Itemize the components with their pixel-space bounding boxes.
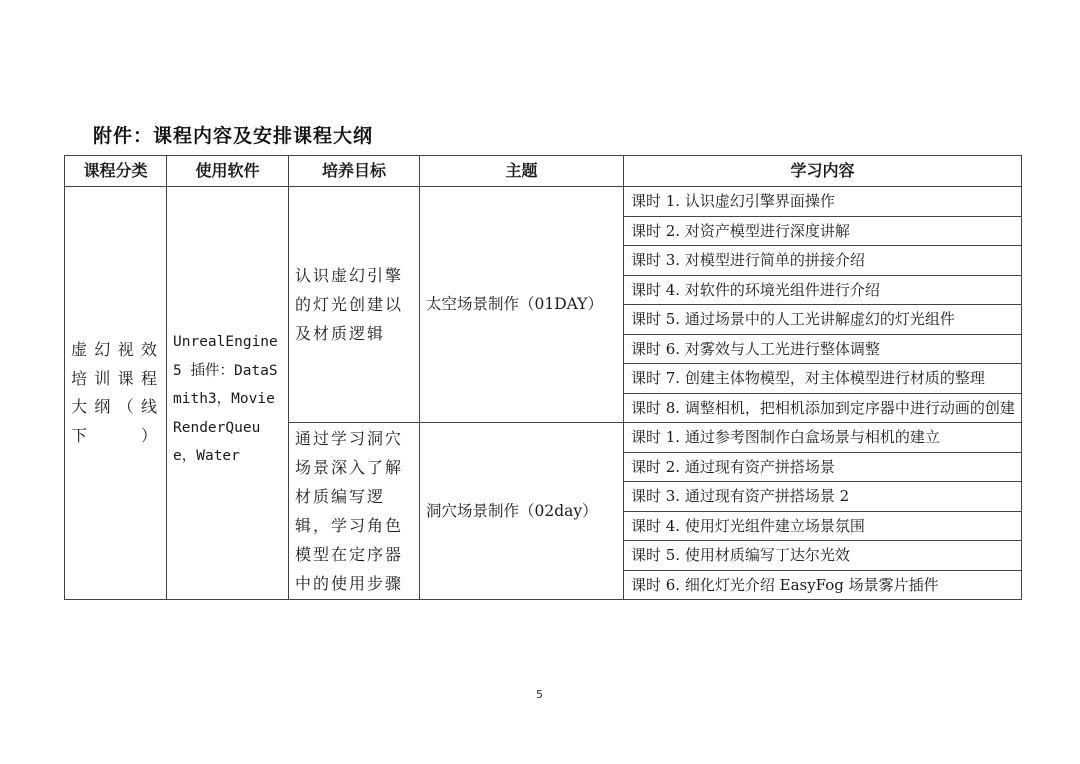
software-cell: UnrealEngine5 插件：DataSmith3，MovieRenderQ… xyxy=(167,187,289,600)
lesson-cell: 课时 7. 创建主体物模型，对主体模型进行材质的整理 xyxy=(624,364,1022,394)
header-software: 使用软件 xyxy=(167,156,289,187)
topic-cell-1: 太空场景制作（01DAY） xyxy=(420,187,624,423)
lesson-cell: 课时 5. 使用材质编写丁达尔光效 xyxy=(624,541,1022,571)
lesson-cell: 课时 8. 调整相机，把相机添加到定序器中进行动画的创建 xyxy=(624,393,1022,423)
lesson-cell: 课时 4. 对软件的环境光组件进行介绍 xyxy=(624,275,1022,305)
lesson-cell: 课时 3. 对模型进行简单的拼接介绍 xyxy=(624,246,1022,276)
header-category: 课程分类 xyxy=(65,156,167,187)
header-content: 学习内容 xyxy=(624,156,1022,187)
lesson-cell: 课时 5. 通过场景中的人工光讲解虚幻的灯光组件 xyxy=(624,305,1022,335)
lesson-cell: 课时 2. 通过现有资产拼搭场景 xyxy=(624,452,1022,482)
lesson-cell: 课时 4. 使用灯光组件建立场景氛围 xyxy=(624,511,1022,541)
header-topic: 主题 xyxy=(420,156,624,187)
course-category-cell: 虚幻视效培训课程大纲（线下） xyxy=(65,187,167,600)
table-row: 虚幻视效培训课程大纲（线下） UnrealEngine5 插件：DataSmit… xyxy=(65,187,1022,217)
lesson-cell: 课时 6. 对雾效与人工光进行整体调整 xyxy=(624,334,1022,364)
lesson-cell: 课时 3. 通过现有资产拼搭场景 2 xyxy=(624,482,1022,512)
lesson-cell: 课时 1. 通过参考图制作白盒场景与相机的建立 xyxy=(624,423,1022,453)
goal-cell-2: 通过学习洞穴场景深入了解材质编写逻辑，学习角色模型在定序器中的使用步骤 xyxy=(289,423,420,600)
table-header-row: 课程分类 使用软件 培养目标 主题 学习内容 xyxy=(65,156,1022,187)
page-number: 5 xyxy=(536,688,543,701)
document-title: 附件：课程内容及安排课程大纲 xyxy=(93,121,373,148)
header-goal: 培养目标 xyxy=(289,156,420,187)
course-outline-table: 课程分类 使用软件 培养目标 主题 学习内容 虚幻视效培训课程大纲（线下） Un… xyxy=(64,155,1022,600)
topic-cell-2: 洞穴场景制作（02day） xyxy=(420,423,624,600)
lesson-cell: 课时 2. 对资产模型进行深度讲解 xyxy=(624,216,1022,246)
lesson-cell: 课时 1. 认识虚幻引擎界面操作 xyxy=(624,187,1022,217)
lesson-cell: 课时 6. 细化灯光介绍 EasyFog 场景雾片插件 xyxy=(624,570,1022,600)
goal-cell-1: 认识虚幻引擎的灯光创建以及材质逻辑 xyxy=(289,187,420,423)
